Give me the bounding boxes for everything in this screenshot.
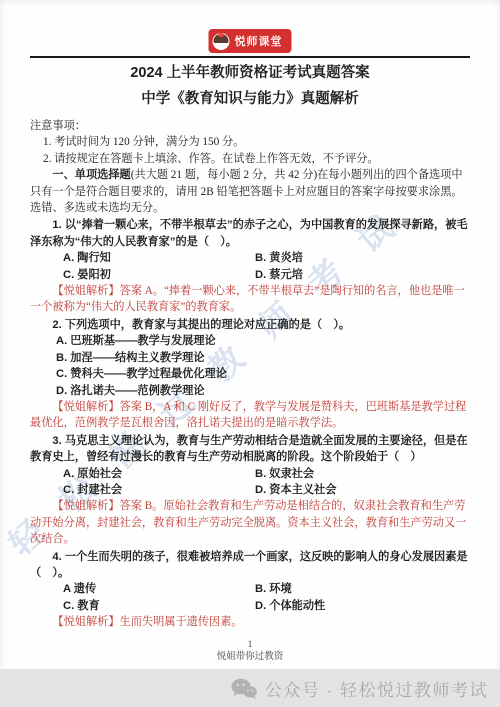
question-2-analysis: 【悦姐解析】答案 B，A 和 C 刚好反了，教学与发展是赞科夫，巴班斯基是教学过… <box>30 399 470 432</box>
option-1a: A. 陶行知 <box>63 250 255 266</box>
wechat-banner: 公众号 · 轻松悦过教师考试 <box>0 669 500 707</box>
question-1-analysis: 【悦姐解析】答案 A。“捧着一颗心来，不带半根草去”是陶行知的名言，他也是唯一一… <box>30 283 470 316</box>
document-title: 2024 上半年教师资格证考试真题答案 <box>30 63 470 83</box>
notice-heading: 注意事项： <box>30 118 470 134</box>
option-2c: C. 赞科夫——教学过程最优化理论 <box>56 366 470 382</box>
option-2b: B. 加涅——结构主义教学理论 <box>56 350 470 366</box>
wechat-banner-text: 公众号 · 轻松悦过教师考试 <box>265 676 488 701</box>
option-1c: C. 晏阳初 <box>63 267 255 283</box>
question-3-options: A. 原始社会 B. 奴隶社会 C. 封建社会 D. 资本主义社会 <box>30 466 470 499</box>
option-1b: B. 黄炎培 <box>255 250 470 266</box>
option-4c: C. 教育 <box>63 598 255 614</box>
avatar-icon <box>213 33 230 50</box>
page-footer: 1 悦姐带你过教资 <box>0 639 500 663</box>
option-3a: A. 原始社会 <box>63 466 255 482</box>
question-4-options: A 遗传 B. 环境 C. 教育 D. 个体能动性 <box>30 581 470 614</box>
notice-item-2: 2. 请按规定在答题卡上填涂、作答。在试卷上作答无效，不予评分。 <box>30 151 470 167</box>
document-subtitle: 中学《教育知识与能力》真题解析 <box>30 89 470 109</box>
option-3d: D. 资本主义社会 <box>255 482 470 498</box>
brand-badge: 悦师课堂 <box>209 29 292 53</box>
brand-badge-label: 悦师课堂 <box>235 33 283 49</box>
question-3-analysis: 【悦姐解析】答案 B。原始社会教育和生产劳动是相结合的，奴隶社会教育和生产劳动开… <box>30 498 470 547</box>
document-body: 2024 上半年教师资格证考试真题答案 中学《教育知识与能力》真题解析 注意事项… <box>30 0 470 631</box>
question-4-stem: 4. 一个生而失明的孩子，很难被培养成一个画家，这反映的影响人的身心发展因素是（… <box>30 549 470 582</box>
option-3c: C. 封建社会 <box>63 482 255 498</box>
option-4d: D. 个体能动性 <box>255 598 470 614</box>
question-4-analysis: 【悦姐解析】生而失明属于遗传因素。 <box>30 614 470 630</box>
notice-item-1: 1. 考试时间为 120 分钟，满分为 150 分。 <box>30 134 470 150</box>
section-intro: 一、单项选择题(共大题 21 题，每小题 2 分，共 42 分)在每小题列出的四… <box>30 167 470 216</box>
option-2d: D. 洛扎诺夫——范例教学理论 <box>56 383 470 399</box>
question-2-options: A. 巴班斯基——教学与发展理论 B. 加涅——结构主义教学理论 C. 赞科夫—… <box>30 333 470 399</box>
option-4a: A 遗传 <box>63 581 255 597</box>
question-1-stem: 1. 以“捧着一颗心来，不带半根草去”的赤子之心，为中国教育的发展探寻新路，被毛… <box>30 217 470 250</box>
footer-tagline: 悦姐带你过教资 <box>0 651 500 663</box>
question-3-stem: 3. 马克思主义理论认为，教育与生产劳动相结合是造就全面发展的主要途径，但是在教… <box>30 433 470 466</box>
wechat-icon <box>231 678 257 699</box>
option-2a: A. 巴班斯基——教学与发展理论 <box>56 333 470 349</box>
question-2-stem: 2. 下列选项中，教育家与其提出的理论对应正确的是（ ）。 <box>30 317 470 333</box>
option-3b: B. 奴隶社会 <box>255 466 470 482</box>
option-4b: B. 环境 <box>255 581 470 597</box>
section-title: 一、单项选择题 <box>52 169 130 181</box>
question-1-options: A. 陶行知 B. 黄炎培 C. 晏阳初 D. 蔡元培 <box>30 250 470 283</box>
page-number: 1 <box>0 639 500 651</box>
option-1d: D. 蔡元培 <box>255 267 470 283</box>
document-page: 轻松悦过教师考试 悦师课堂 2024 上半年教师资格证考试真题答案 中学《教育知… <box>0 0 500 707</box>
